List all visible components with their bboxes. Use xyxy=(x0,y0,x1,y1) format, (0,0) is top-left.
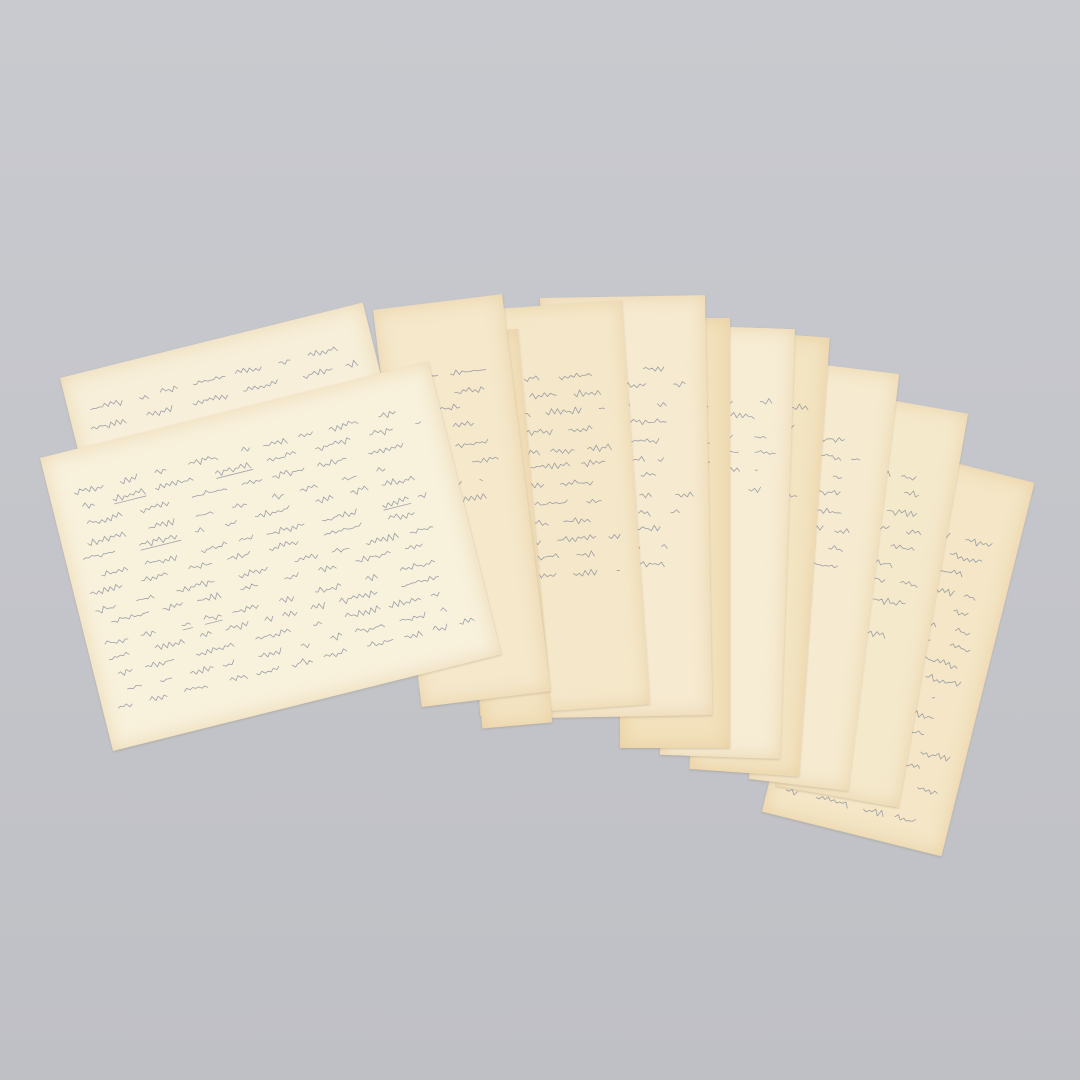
photo-scene xyxy=(0,0,1080,1080)
